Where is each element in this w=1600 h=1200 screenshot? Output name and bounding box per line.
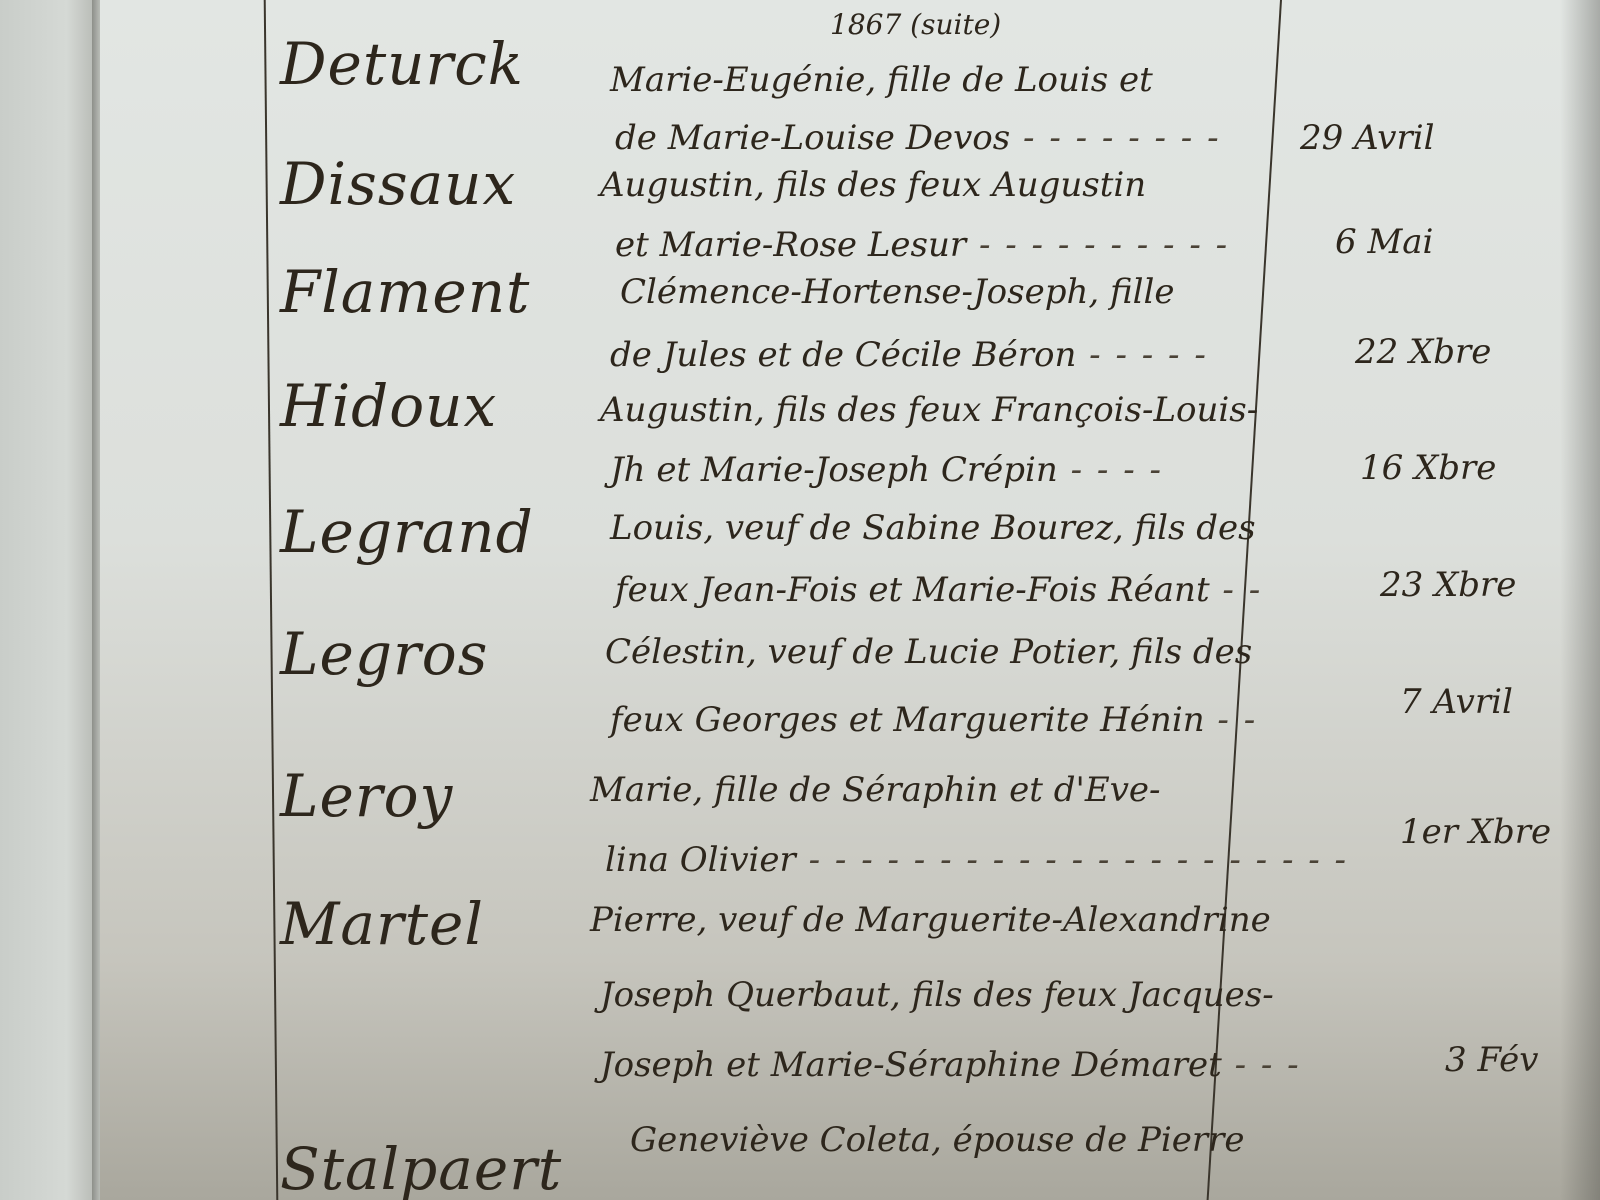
register-page: 1867 (suite) Deturck Marie-Eugénie, fill… xyxy=(100,0,1600,1200)
entry-line: Augustin, fils des feux François-Louis- xyxy=(600,390,1258,430)
entry-line: Marie-Eugénie, fille de Louis et xyxy=(610,60,1153,100)
entry-line: Clémence-Hortense-Joseph, fille xyxy=(620,272,1175,312)
entry-date: 6 Mai xyxy=(1335,222,1433,262)
entry-line: Célestin, veuf de Lucie Potier, fils des xyxy=(605,632,1252,672)
margin-rule-left xyxy=(264,0,279,1200)
entry-surname: Deturck xyxy=(280,30,524,98)
entry-line: Joseph et Marie-Séraphine Démaret - - - xyxy=(600,1045,1301,1085)
entry-line: Augustin, fils des feux Augustin xyxy=(600,165,1146,205)
entry-line: Jh et Marie-Joseph Crépin - - - - xyxy=(610,450,1163,490)
entry-date: 29 Avril xyxy=(1300,118,1434,158)
entry-date: 7 Avril xyxy=(1400,682,1513,722)
entry-date: 1er Xbre xyxy=(1400,812,1551,852)
entry-line: Marie, fille de Séraphin et d'Eve- xyxy=(590,770,1161,810)
entry-line: feux Georges et Marguerite Hénin - - xyxy=(610,700,1257,740)
entry-line: Geneviève Coleta, épouse de Pierre xyxy=(630,1120,1245,1160)
entry-date: 3 Fév xyxy=(1445,1040,1539,1080)
entry-line: feux Jean-Fois et Marie-Fois Réant - - xyxy=(615,570,1262,610)
entry-surname: Legrand xyxy=(280,498,534,566)
entry-line: de Jules et de Cécile Béron - - - - - xyxy=(610,335,1208,375)
facing-page xyxy=(0,0,95,1200)
entry-line: et Marie-Rose Lesur - - - - - - - - - - xyxy=(615,225,1229,265)
entry-line: de Marie-Louise Devos - - - - - - - - xyxy=(615,118,1221,158)
entry-surname: Hidoux xyxy=(280,372,497,440)
entry-line: Pierre, veuf de Marguerite-Alexandrine xyxy=(590,900,1271,940)
entry-surname: Stalpaert xyxy=(280,1135,562,1200)
entry-line: Joseph Querbaut, fils des feux Jacques- xyxy=(600,975,1274,1015)
entry-surname: Legros xyxy=(280,620,488,688)
entry-surname: Flament xyxy=(280,258,530,326)
entry-date: 23 Xbre xyxy=(1380,565,1516,605)
entry-surname: Leroy xyxy=(280,762,453,830)
entry-surname: Martel xyxy=(280,890,484,958)
entry-line: lina Olivier - - - - - - - - - - - - - -… xyxy=(605,840,1348,880)
entry-surname: Dissaux xyxy=(280,150,516,218)
page-header-year: 1867 (suite) xyxy=(830,8,1001,41)
page-edge-shadow xyxy=(1560,0,1600,1200)
entry-date: 16 Xbre xyxy=(1360,448,1496,488)
entry-date: 22 Xbre xyxy=(1355,332,1491,372)
entry-line: Louis, veuf de Sabine Bourez, fils des xyxy=(610,508,1256,548)
